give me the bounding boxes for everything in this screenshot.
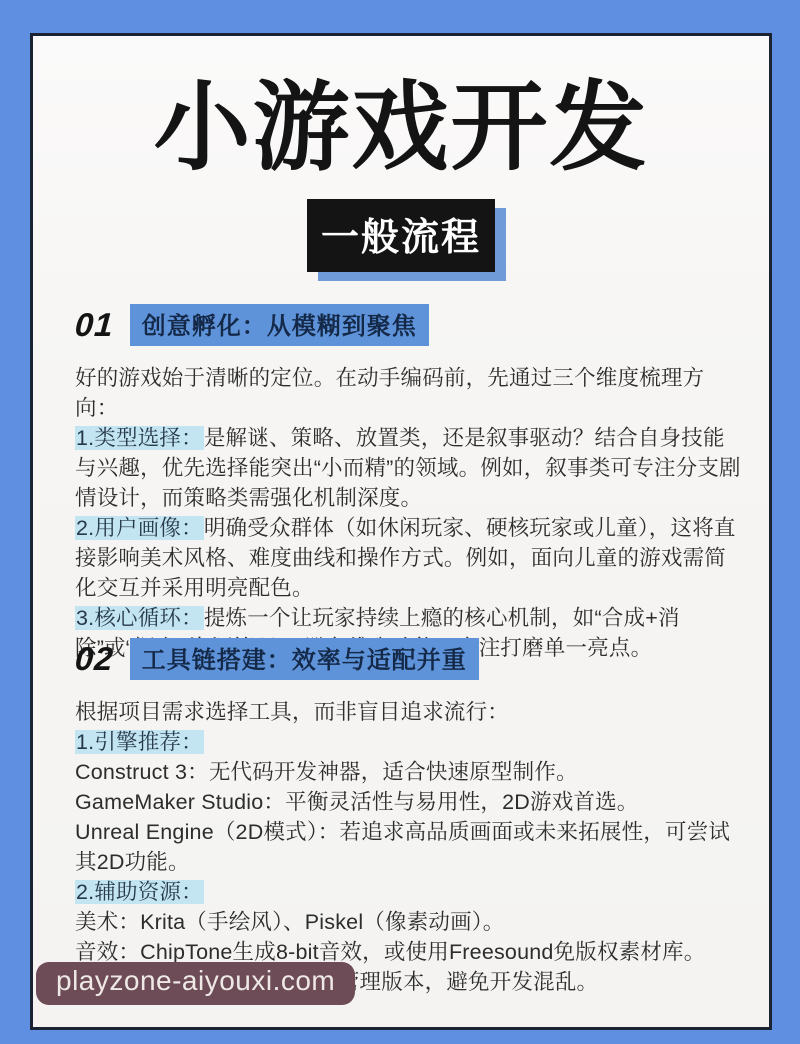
- content-card: 小游戏开发 一般流程 01 创意孵化：从模糊到聚焦 好的游戏始于清晰的定位。在动…: [30, 33, 772, 1030]
- label-auxiliary-resources: 2.辅助资源：: [75, 877, 741, 907]
- paragraph-intro: 根据项目需求选择工具，而非盲目追求流行：: [75, 697, 741, 727]
- paragraph-unreal: Unreal Engine（2D模式）：若追求高品质画面或未来拓展性，可尝试其2…: [75, 817, 741, 877]
- subtitle-badge: 一般流程: [307, 199, 495, 272]
- section-header: 02 工具链搭建：效率与适配并重: [75, 638, 741, 680]
- watermark-badge: playzone-aiyouxi.com: [36, 962, 355, 1005]
- section-header: 01 创意孵化：从模糊到聚焦: [75, 304, 741, 346]
- highlight-label: 2.辅助资源：: [75, 880, 204, 904]
- highlight-label: 1.类型选择：: [75, 426, 204, 450]
- subtitle-badge-container: 一般流程: [33, 199, 769, 272]
- section-idea-incubation: 01 创意孵化：从模糊到聚焦 好的游戏始于清晰的定位。在动手编码前，先通过三个维…: [75, 304, 741, 663]
- page-title: 小游戏开发: [33, 72, 769, 184]
- section-title: 工具链搭建：效率与适配并重: [130, 638, 479, 680]
- poster-page: 小游戏开发 一般流程 01 创意孵化：从模糊到聚焦 好的游戏始于清晰的定位。在动…: [0, 0, 800, 1044]
- label-engine-recommendation: 1.引擎推荐：: [75, 727, 741, 757]
- paragraph-user-persona: 2.用户画像：明确受众群体（如休闲玩家、硬核玩家或儿童），这将直接影响美术风格、…: [75, 513, 741, 603]
- highlight-label: 2.用户画像：: [75, 516, 204, 540]
- highlight-label: 1.引擎推荐：: [75, 730, 204, 754]
- highlight-label: 3.核心循环：: [75, 606, 204, 630]
- paragraph-art-tools: 美术：Krita（手绘风）、Piskel（像素动画）。: [75, 907, 741, 937]
- section-toolchain: 02 工具链搭建：效率与适配并重 根据项目需求选择工具，而非盲目追求流行： 1.…: [75, 638, 741, 997]
- paragraph-gamemaker: GameMaker Studio：平衡灵活性与易用性，2D游戏首选。: [75, 787, 741, 817]
- paragraph-genre-choice: 1.类型选择：是解谜、策略、放置类，还是叙事驱动？结合自身技能与兴趣，优先选择能…: [75, 423, 741, 513]
- paragraph-intro: 好的游戏始于清晰的定位。在动手编码前，先通过三个维度梳理方向：: [75, 363, 741, 423]
- paragraph-construct3: Construct 3：无代码开发神器，适合快速原型制作。: [75, 757, 741, 787]
- section-number: 02: [74, 640, 115, 678]
- section-title: 创意孵化：从模糊到聚焦: [130, 304, 429, 346]
- section-number: 01: [74, 306, 115, 344]
